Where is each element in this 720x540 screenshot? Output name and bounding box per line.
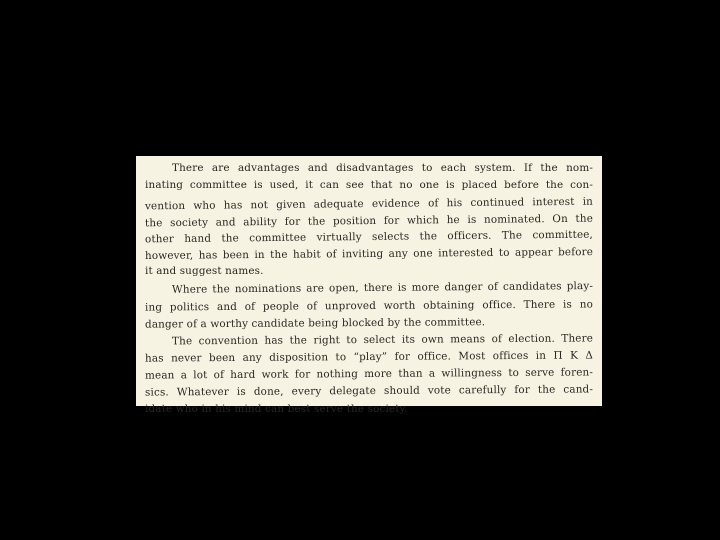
paragraph-3: The convention has the right to select i… bbox=[145, 332, 593, 418]
scanned-document-page: There are advantages and disadvantages t… bbox=[136, 156, 602, 406]
text-line: inating committee is used, it can see th… bbox=[145, 177, 593, 194]
text-line: however, has been in the habit of inviti… bbox=[145, 244, 593, 265]
paragraph-1: There are advantages and disadvantages t… bbox=[145, 160, 593, 280]
paragraph-2: Where the nominations are open, there is… bbox=[145, 280, 593, 332]
text-line: There are advantages and disadvantages t… bbox=[145, 160, 593, 177]
text-line: idate who in his mind can best serve the… bbox=[145, 401, 593, 418]
text-line: sics. Whatever is done, every delegate s… bbox=[145, 382, 593, 402]
